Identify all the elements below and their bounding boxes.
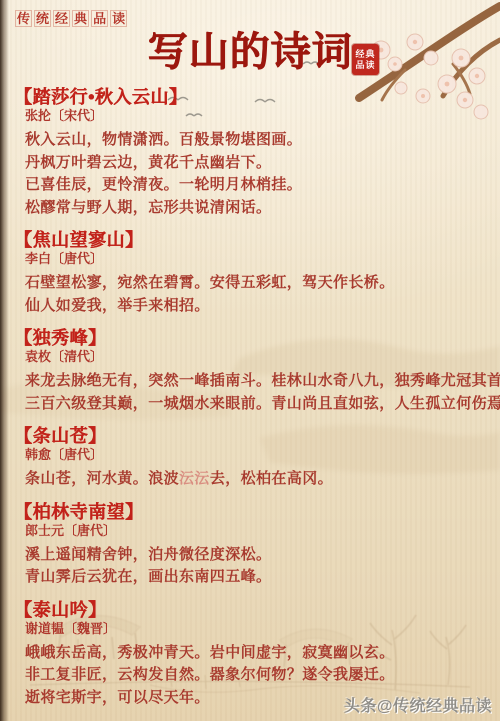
title-row: 写山的诗词 经典 品读 bbox=[0, 28, 500, 78]
poem-section-tiaoshancang: 【条山苍】 韩愈〔唐代〕 条山苍，河水黄。浪波沄沄去，松柏在高冈。 bbox=[0, 425, 500, 491]
poem-title: 【独秀峰】 bbox=[0, 327, 500, 349]
poem-line: 松醪常与野人期，忘形共说清闲话。 bbox=[0, 197, 500, 220]
poem-line: 峨峨东岳高，秀极冲青天。岩中间虚宇，寂寞幽以玄。 bbox=[0, 642, 500, 665]
poem-section-bolinsi: 【柏林寺南望】 郎士元〔唐代〕 溪上遥闻精舍钟，泊舟微径度深松。 青山霁后云犹在… bbox=[0, 501, 500, 589]
poem-line: 青山霁后云犹在，画出东南四五峰。 bbox=[0, 566, 500, 589]
poem-line: 条山苍，河水黄。浪波沄沄去，松柏在高冈。 bbox=[0, 468, 500, 491]
poem-line-part-light: 沄沄 bbox=[179, 471, 210, 487]
poem-line: 非工复非匠，云构发自然。器象尔何物？遂令我屡迁。 bbox=[0, 664, 500, 687]
poem-title: 【条山苍】 bbox=[0, 425, 500, 447]
poetry-poster: 传统经典品读 写山的诗词 经典 品读 【踏莎行•秋入云山】 张抡〔宋代〕 秋入云… bbox=[0, 0, 500, 721]
poem-title: 【焦山望寥山】 bbox=[0, 229, 500, 251]
poem-line: 秋入云山，物情潇洒。百般景物堪图画。 bbox=[0, 129, 500, 152]
brand-seal: 经典 品读 bbox=[352, 44, 379, 75]
poem-title: 【柏林寺南望】 bbox=[0, 501, 500, 523]
seal-line-2: 品读 bbox=[355, 60, 375, 71]
poem-line: 丹枫万叶碧云边，黄花千点幽岩下。 bbox=[0, 152, 500, 175]
poem-line: 已喜佳辰，更怜清夜。一轮明月林梢挂。 bbox=[0, 174, 500, 197]
poem-author: 韩愈〔唐代〕 bbox=[0, 447, 500, 462]
poem-line-part: 条山苍，河水黄。浪波 bbox=[25, 471, 179, 487]
poem-line: 溪上遥闻精舍钟，泊舟微径度深松。 bbox=[0, 544, 500, 567]
poem-author: 谢道韫〔魏晋〕 bbox=[0, 621, 500, 636]
poem-body: 秋入云山，物情潇洒。百般景物堪图画。 丹枫万叶碧云边，黄花千点幽岩下。 已喜佳辰… bbox=[0, 129, 500, 219]
poem-body: 溪上遥闻精舍钟，泊舟微径度深松。 青山霁后云犹在，画出东南四五峰。 bbox=[0, 544, 500, 589]
seal-line-1: 经典 bbox=[355, 49, 375, 60]
poem-title: 【踏莎行•秋入云山】 bbox=[0, 86, 500, 108]
poem-title: 【泰山吟】 bbox=[0, 599, 500, 621]
page-title: 写山的诗词 bbox=[0, 28, 500, 76]
poem-line: 三百六级登其巅，一城烟水来眼前。青山尚且直如弦，人生孤立何伤焉？ bbox=[0, 393, 500, 416]
poem-body: 石壁望松寥，宛然在碧霄。安得五彩虹，驾天作长桥。 仙人如爱我，举手来相招。 bbox=[0, 272, 500, 317]
poem-body: 条山苍，河水黄。浪波沄沄去，松柏在高冈。 bbox=[0, 468, 500, 491]
poem-author: 郎士元〔唐代〕 bbox=[0, 523, 500, 538]
poem-list: 【踏莎行•秋入云山】 张抡〔宋代〕 秋入云山，物情潇洒。百般景物堪图画。 丹枫万… bbox=[0, 76, 500, 709]
poem-author: 袁枚〔清代〕 bbox=[0, 349, 500, 364]
poem-author: 李白〔唐代〕 bbox=[0, 251, 500, 266]
poem-line: 仙人如爱我，举手来相招。 bbox=[0, 295, 500, 318]
poem-line: 来龙去脉绝无有，突然一峰插南斗。桂林山水奇八九，独秀峰尤冠其首。 bbox=[0, 370, 500, 393]
poem-author: 张抡〔宋代〕 bbox=[0, 108, 500, 123]
brand-logo: 传统经典品读 bbox=[15, 10, 129, 27]
poem-section-jiaoshan: 【焦山望寥山】 李白〔唐代〕 石壁望松寥，宛然在碧霄。安得五彩虹，驾天作长桥。 … bbox=[0, 229, 500, 317]
poem-section-duxiufeng: 【独秀峰】 袁枚〔清代〕 来龙去脉绝无有，突然一峰插南斗。桂林山水奇八九，独秀峰… bbox=[0, 327, 500, 415]
poem-line: 石壁望松寥，宛然在碧霄。安得五彩虹，驾天作长桥。 bbox=[0, 272, 500, 295]
poem-section-tasuoxing: 【踏莎行•秋入云山】 张抡〔宋代〕 秋入云山，物情潇洒。百般景物堪图画。 丹枫万… bbox=[0, 86, 500, 219]
poem-line-part: 去，松柏在高冈。 bbox=[210, 471, 333, 487]
toutiao-watermark: 头条@传统经典品读 bbox=[344, 693, 492, 716]
poem-body: 来龙去脉绝无有，突然一峰插南斗。桂林山水奇八九，独秀峰尤冠其首。 三百六级登其巅… bbox=[0, 370, 500, 415]
